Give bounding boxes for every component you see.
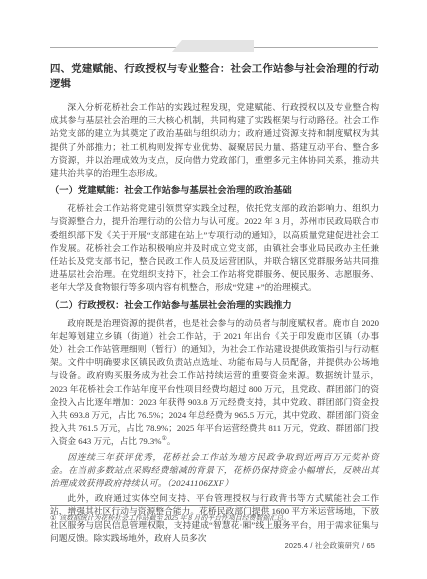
footnote-area: ①该数据统计为花桥社会工作站截至 2025 年 8 月的平台性项目经费数据汇总。 — [50, 505, 379, 523]
footnote-marker: ① — [50, 515, 56, 522]
page-footer: 2025.4 / 社会政策研究 / 65 — [285, 541, 375, 551]
subsection-heading-1: （一）党建赋能：社会工作站参与基层社会治理的政治基础 — [50, 185, 379, 198]
article-section-title: 四、党建赋能、行政授权与专业整合：社会工作站参与社会治理的行动逻辑 — [50, 62, 379, 92]
intro-paragraph: 深入分析花桥社会工作站的实践过程发现，党建赋能、行政授权以及专业整合构成其参与基… — [50, 101, 379, 180]
subsection-2-paragraph: 政府既是治理资源的提供者，也是社会参与的动员者与制度赋权者。鹿市自 2020 年… — [50, 317, 379, 449]
header-tab-ornament — [172, 40, 254, 52]
subsection-2-paragraph-text: 政府既是治理资源的提供者，也是社会参与的动员者与制度赋权者。鹿市自 2020 年… — [50, 318, 379, 447]
article-body: 四、党建赋能、行政授权与专业整合：社会工作站参与社会治理的行动逻辑 深入分析花桥… — [50, 62, 379, 547]
journal-page: 四、党建赋能、行政授权与专业整合：社会工作站参与社会治理的行动逻辑 深入分析花桥… — [0, 0, 427, 579]
subsection-heading-2: （二）行政授权：社会工作站参与基层社会治理的实践推力 — [50, 300, 379, 313]
footnote-text: 该数据统计为花桥社会工作站截至 2025 年 8 月的平台性项目经费数据汇总。 — [59, 515, 290, 522]
subsection-2-paragraph-tail: 。 — [167, 436, 176, 446]
interview-quote-paragraph: 因连续三年获评优秀，花桥社会工作站为地方民政争取到近两百万元奖补资金。在当前多数… — [50, 451, 379, 491]
subsection-1-paragraph: 花桥社会工作站将党建引领贯穿实践全过程，依托党支部的政治影响力、组织力与资源整合… — [50, 202, 379, 294]
